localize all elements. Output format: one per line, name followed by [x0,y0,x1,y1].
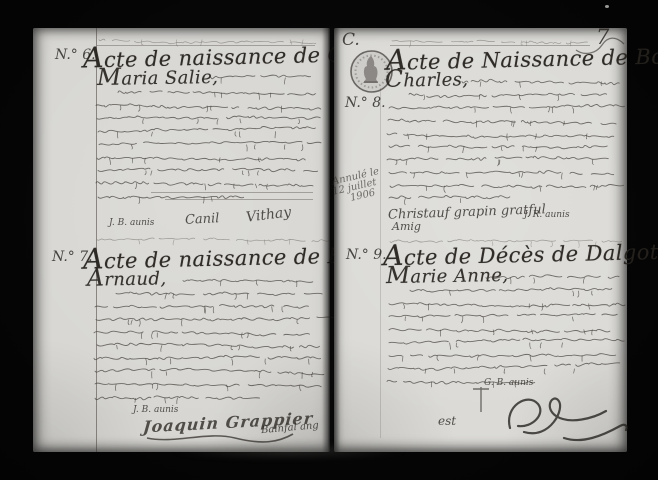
script-continuation [211,71,313,83]
margin-note: Annulé le 12 juillet 1906 [331,167,384,207]
signature-mark [470,384,492,416]
script-stroke [390,179,623,192]
entry-body-script [386,88,619,205]
folio-letter: C. [342,30,360,50]
script-stroke [387,127,613,139]
script-line [389,336,622,349]
dust-speck [605,5,609,8]
signature: J. B. aunis [109,218,154,228]
script-line [96,313,323,326]
script-stroke [98,164,318,176]
script-line [95,365,323,379]
script-line [96,99,321,112]
edge-smudge [168,443,410,460]
script-line [96,112,321,125]
script-line [116,287,323,301]
script-stroke [94,352,321,364]
script-line [96,176,321,190]
script-stroke [118,86,312,98]
script-stroke [98,138,324,150]
script-line [98,125,321,139]
script-line [410,284,622,298]
script-line [94,352,323,365]
signature: Amig [392,220,421,233]
script-stroke [95,300,312,313]
script-stroke [389,336,621,348]
script-line [389,166,619,179]
script-line [98,138,321,151]
script-stroke [95,377,318,390]
script-line [388,101,619,115]
script-line [97,150,321,164]
script-stroke [389,310,618,322]
script-line [390,179,619,193]
script-line [389,139,619,153]
script-line [388,114,619,128]
script-stroke [97,338,314,351]
script-stroke [98,125,313,138]
signature: est [438,414,456,428]
script-continuation [486,271,618,283]
entry-body-script [93,287,323,404]
script-line [389,310,622,323]
archive-scan-viewer: N.° 6. Acte de naissance de Caria, Maria… [0,0,658,480]
script-line [388,362,622,375]
script-stroke [389,191,513,204]
script-line [389,349,622,363]
script-stroke [409,88,609,101]
signature: J. R. aunis [524,210,570,220]
script-stroke [388,101,619,114]
script-line [95,390,323,404]
script-stroke [387,153,607,165]
script-stroke [388,362,615,374]
margin-crease [380,88,381,438]
script-stroke [96,99,321,111]
script-stroke [486,271,618,283]
script-line [409,88,619,102]
script-stroke [389,349,612,362]
script-line [95,300,323,314]
script-stroke [389,166,616,178]
entry-body-script [95,86,321,203]
register-page-right: C. 7 N.° 8. Acte de Naissance de Boudin,… [334,28,627,452]
script-line [118,86,321,99]
flourish-rule [151,192,313,193]
script-line [389,323,622,337]
register-page-left: N.° 6. Acte de naissance de Caria, Maria… [33,28,330,452]
script-stroke [211,71,313,83]
entry-number: N.° 9. [346,247,387,263]
script-stroke [95,391,249,404]
script-stroke [96,176,309,189]
script-stroke [389,323,610,336]
script-stroke [94,326,311,338]
script-line [97,338,323,352]
script-stroke [183,274,315,286]
script-line [387,127,619,140]
entry-body-script [386,284,622,388]
script-line [95,377,323,391]
script-line [94,326,323,339]
script-stroke [389,139,609,152]
script-stroke [410,284,613,297]
script-stroke [95,365,321,378]
signature-flourish [502,386,630,448]
script-stroke [96,112,310,124]
script-line [387,153,619,167]
script-line [98,164,321,177]
signature: Canil [185,211,220,228]
script-stroke [97,151,308,164]
script-continuation [462,75,620,87]
script-line [389,297,622,310]
script-stroke [389,297,622,309]
script-stroke [388,114,611,127]
signature: Vithay [245,204,292,225]
flourish-rule [165,199,313,200]
script-continuation [183,274,315,286]
signature: J. B. aunis [133,405,178,415]
script-stroke [116,287,314,299]
entry-number: N.° 8. [345,95,386,111]
script-stroke [96,313,322,325]
script-stroke [462,75,620,87]
